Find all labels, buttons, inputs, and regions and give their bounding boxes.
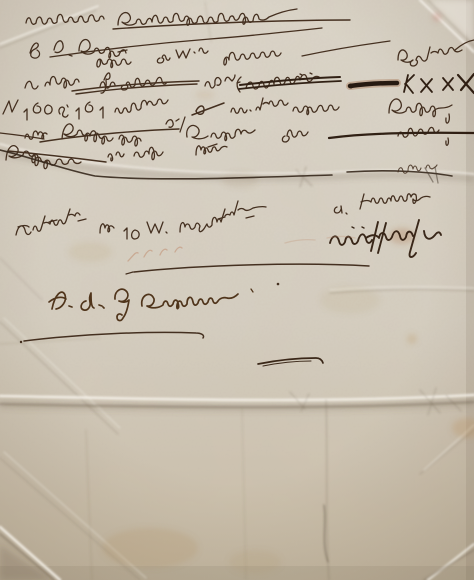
manuscript-photo bbox=[0, 0, 474, 580]
manuscript-canvas bbox=[0, 0, 474, 580]
